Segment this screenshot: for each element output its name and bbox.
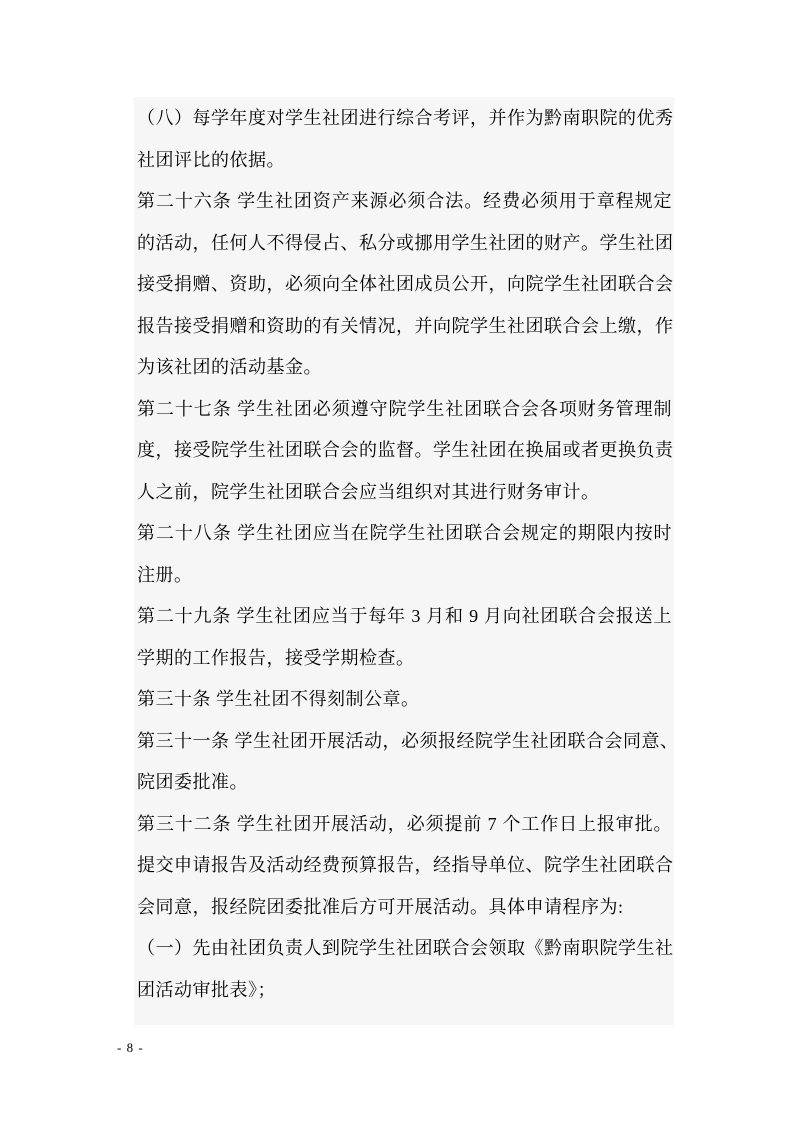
- text-line: 的活动，任何人不得侵占、私分或挪用学生社团的财产。学生社团: [137, 223, 672, 265]
- text-line: 会同意，报经院团委批准后方可开展活动。具体申请程序为:: [137, 887, 672, 929]
- paragraph-article-32: 第三十二条 学生社团开展活动，必须提前 7 个工作日上报审批。 提交申请报告及活…: [137, 804, 672, 929]
- text-line: （一）先由社团负责人到院学生社团联合会领取《黔南职院学生社: [137, 928, 672, 970]
- text-line: 接受捐赠、资助，必须向全体社团成员公开，向院学生社团联合会: [137, 264, 672, 306]
- document-page: （八）每学年度对学生社团进行综合考评，并作为黔南职院的优秀 社团评比的依据。 第…: [0, 0, 793, 1122]
- paragraph-article-28: 第二十八条 学生社团应当在院学生社团联合会规定的期限内按时 注册。: [137, 513, 672, 596]
- text-line: 第三十条 学生社团不得刻制公章。: [137, 679, 672, 721]
- page-number: - 8 -: [117, 1040, 144, 1056]
- text-line: 第三十一条 学生社团开展活动，必须报经院学生社团联合会同意、: [137, 721, 672, 763]
- text-line: 人之前，院学生社团联合会应当组织对其进行财务审计。: [137, 472, 672, 514]
- paragraph-article-29: 第二十九条 学生社团应当于每年 3 月和 9 月向社团联合会报送上 学期的工作报…: [137, 596, 672, 679]
- text-line: 第二十七条 学生社团必须遵守院学生社团联合会各项财务管理制: [137, 389, 672, 431]
- text-line: 第三十二条 学生社团开展活动，必须提前 7 个工作日上报审批。: [137, 804, 672, 846]
- text-line: 第二十八条 学生社团应当在院学生社团联合会规定的期限内按时: [137, 513, 672, 555]
- text-line: 团活动审批表》；: [137, 970, 672, 1012]
- text-line: 院团委批准。: [137, 762, 672, 804]
- paragraph-article-26: 第二十六条 学生社团资产来源必须合法。经费必须用于章程规定 的活动，任何人不得侵…: [137, 181, 672, 389]
- text-line: 为该社团的活动基金。: [137, 347, 672, 389]
- text-line: 社团评比的依据。: [137, 140, 672, 182]
- paragraph-article-30: 第三十条 学生社团不得刻制公章。: [137, 679, 672, 721]
- text-line: 报告接受捐赠和资助的有关情况，并向院学生社团联合会上缴，作: [137, 306, 672, 348]
- text-line: 度，接受院学生社团联合会的监督。学生社团在换届或者更换负责: [137, 430, 672, 472]
- paragraph-article-31: 第三十一条 学生社团开展活动，必须报经院学生社团联合会同意、 院团委批准。: [137, 721, 672, 804]
- paragraph-item-8: （八）每学年度对学生社团进行综合考评，并作为黔南职院的优秀 社团评比的依据。: [137, 98, 672, 181]
- text-line: 第二十九条 学生社团应当于每年 3 月和 9 月向社团联合会报送上: [137, 596, 672, 638]
- text-line: 提交申请报告及活动经费预算报告，经指导单位、院学生社团联合: [137, 845, 672, 887]
- paragraph-article-27: 第二十七条 学生社团必须遵守院学生社团联合会各项财务管理制 度，接受院学生社团联…: [137, 389, 672, 514]
- paragraph-item-1: （一）先由社团负责人到院学生社团联合会领取《黔南职院学生社 团活动审批表》；: [137, 928, 672, 1011]
- text-line: （八）每学年度对学生社团进行综合考评，并作为黔南职院的优秀: [137, 98, 672, 140]
- document-text-block: （八）每学年度对学生社团进行综合考评，并作为黔南职院的优秀 社团评比的依据。 第…: [134, 97, 674, 1025]
- text-line: 注册。: [137, 555, 672, 597]
- text-line: 学期的工作报告，接受学期检查。: [137, 638, 672, 680]
- text-line: 第二十六条 学生社团资产来源必须合法。经费必须用于章程规定: [137, 181, 672, 223]
